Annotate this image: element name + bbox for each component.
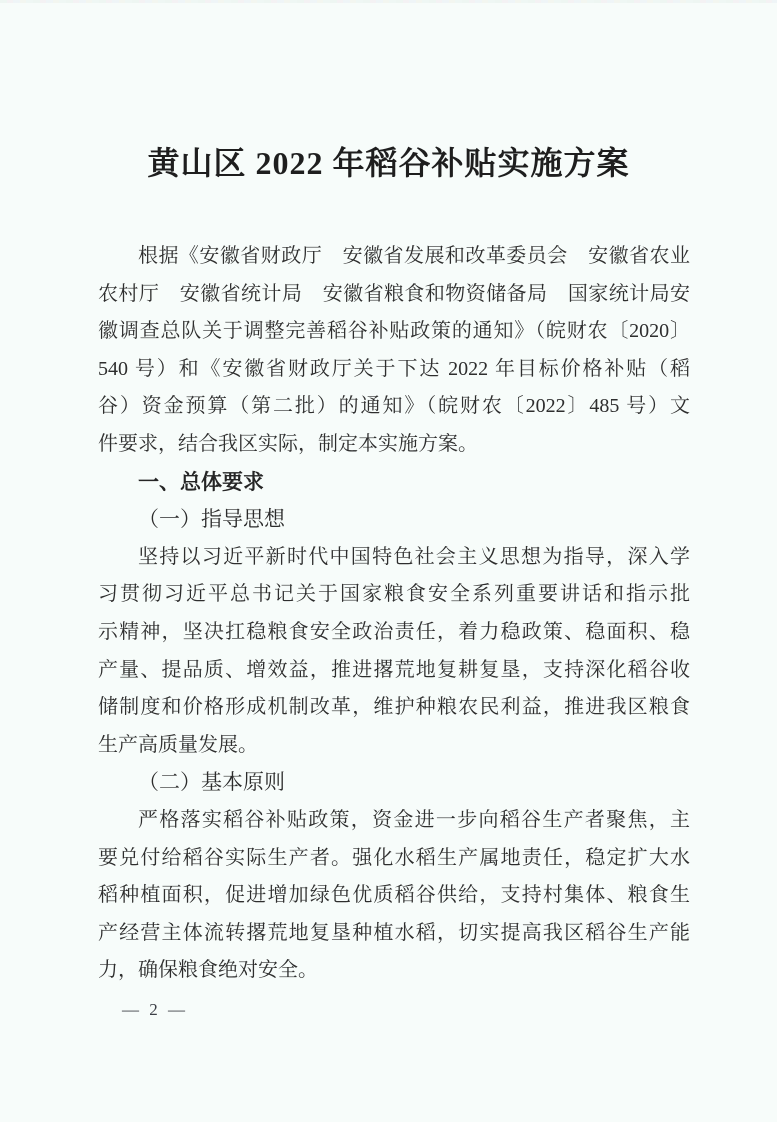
body-line: 农村厅 安徽省统计局 安徽省粮食和物资储备局 国家统计局安 [98,276,690,314]
body-line: 根据《安徽省财政厅 安徽省发展和改革委员会 安徽省农业 [98,238,690,276]
body-line: 谷）资金预算（第二批）的通知》（皖财农〔2022〕485 号）文 [98,388,690,426]
section-heading: 一、总体要求 [98,464,690,502]
document-body: 根据《安徽省财政厅 安徽省发展和改革委员会 安徽省农业 农村厅 安徽省统计局 安… [98,238,690,990]
body-line: 储制度和价格形成机制改革，维护种粮农民利益，推进我区粮食 [98,689,690,727]
scanned-document-page: 黄山区 2022 年稻谷补贴实施方案 根据《安徽省财政厅 安徽省发展和改革委员会… [0,0,777,1122]
scan-edge-artifact [0,0,777,3]
subsection-heading: （一）指导思想 [98,501,690,539]
body-line: 徽调查总队关于调整完善稻谷补贴政策的通知》（皖财农〔2020〕 [98,313,690,351]
body-line: 示精神，坚决扛稳粮食安全政治责任，着力稳政策、稳面积、稳 [98,614,690,652]
subsection-heading: （二）基本原则 [98,764,690,802]
body-line: 习贯彻习近平总书记关于国家粮食安全系列重要讲话和指示批 [98,576,690,614]
body-line: 严格落实稻谷补贴政策，资金进一步向稻谷生产者聚焦，主 [98,802,690,840]
body-line: 产量、提品质、增效益，推进撂荒地复耕复垦，支持深化稻谷收 [98,652,690,690]
body-line: 力，确保粮食绝对安全。 [98,952,690,990]
page-number: — 2 — [122,997,188,1023]
body-line: 540 号）和《安徽省财政厅关于下达 2022 年目标价格补贴（稻 [98,351,690,389]
body-line: 产经营主体流转撂荒地复垦种植水稻，切实提高我区稻谷生产能 [98,915,690,953]
body-line: 生产高质量发展。 [98,727,690,765]
body-line: 件要求，结合我区实际，制定本实施方案。 [98,426,690,464]
body-line: 稻种植面积，促进增加绿色优质稻谷供给，支持村集体、粮食生 [98,877,690,915]
body-line: 要兑付给稻谷实际生产者。强化水稻生产属地责任，稳定扩大水 [98,840,690,878]
body-line: 坚持以习近平新时代中国特色社会主义思想为指导，深入学 [98,539,690,577]
document-title: 黄山区 2022 年稻谷补贴实施方案 [0,140,777,186]
